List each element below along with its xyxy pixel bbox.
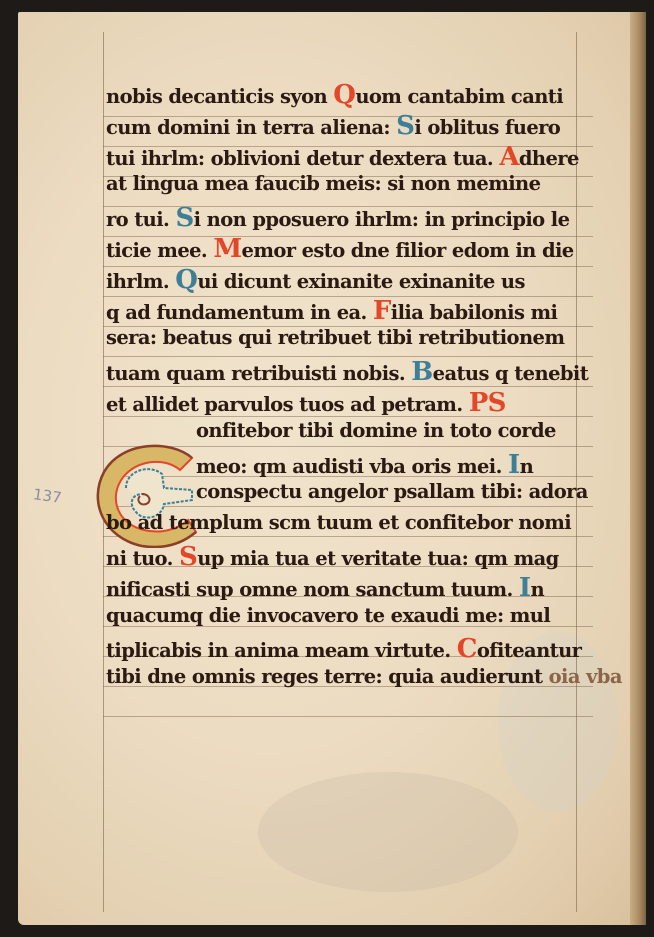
text-line: meo: qm audisti vba oris mei. In: [196, 450, 586, 480]
text-line: ticie mee. Memor esto dne filior edom in…: [106, 234, 586, 264]
text-line: nificasti sup omne nom sanctum tuum. In: [106, 573, 586, 603]
text-line: conspectu angelor psallam tibi: adora: [196, 480, 586, 503]
text-line: cum domini in terra aliena: Si oblitus f…: [106, 111, 586, 141]
text-line: q ad fundamentum in ea. Filia babilonis …: [106, 296, 586, 326]
text-line: nobis decanticis syon Quom cantabim cant…: [106, 80, 586, 110]
folio-number: 137: [32, 485, 63, 507]
gutter-edge: [630, 12, 646, 925]
text-line: et allidet parvulos tuos ad petram. PS: [106, 388, 586, 418]
text-line: sera: beatus qui retribuet tibi retribut…: [106, 326, 586, 349]
text-line: tibi dne omnis reges terre: quia audieru…: [106, 665, 586, 688]
text-line: ni tuo. Sup mia tua et veritate tua: qm …: [106, 542, 586, 572]
text-line: quacumq die invocavero te exaudi me: mul: [106, 604, 586, 627]
stain: [258, 772, 518, 892]
text-line: ro tui. Si non pposuero ihrlm: in princi…: [106, 203, 586, 233]
text-line: bo ad templum scm tuum et confitebor nom…: [106, 511, 586, 534]
ruling-line: [103, 716, 593, 717]
text-line: ihrlm. Qui dicunt exinanite exinanite us: [106, 265, 586, 295]
text-line: tiplicabis in anima meam virtute. Cofite…: [106, 634, 586, 664]
text-line: tui ihrlm: oblivioni detur dextera tua. …: [106, 142, 586, 172]
text-line: at lingua mea faucib meis: si non memine: [106, 172, 586, 195]
text-line: onfitebor tibi domine in toto corde: [196, 419, 586, 442]
text-line: tuam quam retribuisti nobis. Beatus q te…: [106, 357, 586, 387]
